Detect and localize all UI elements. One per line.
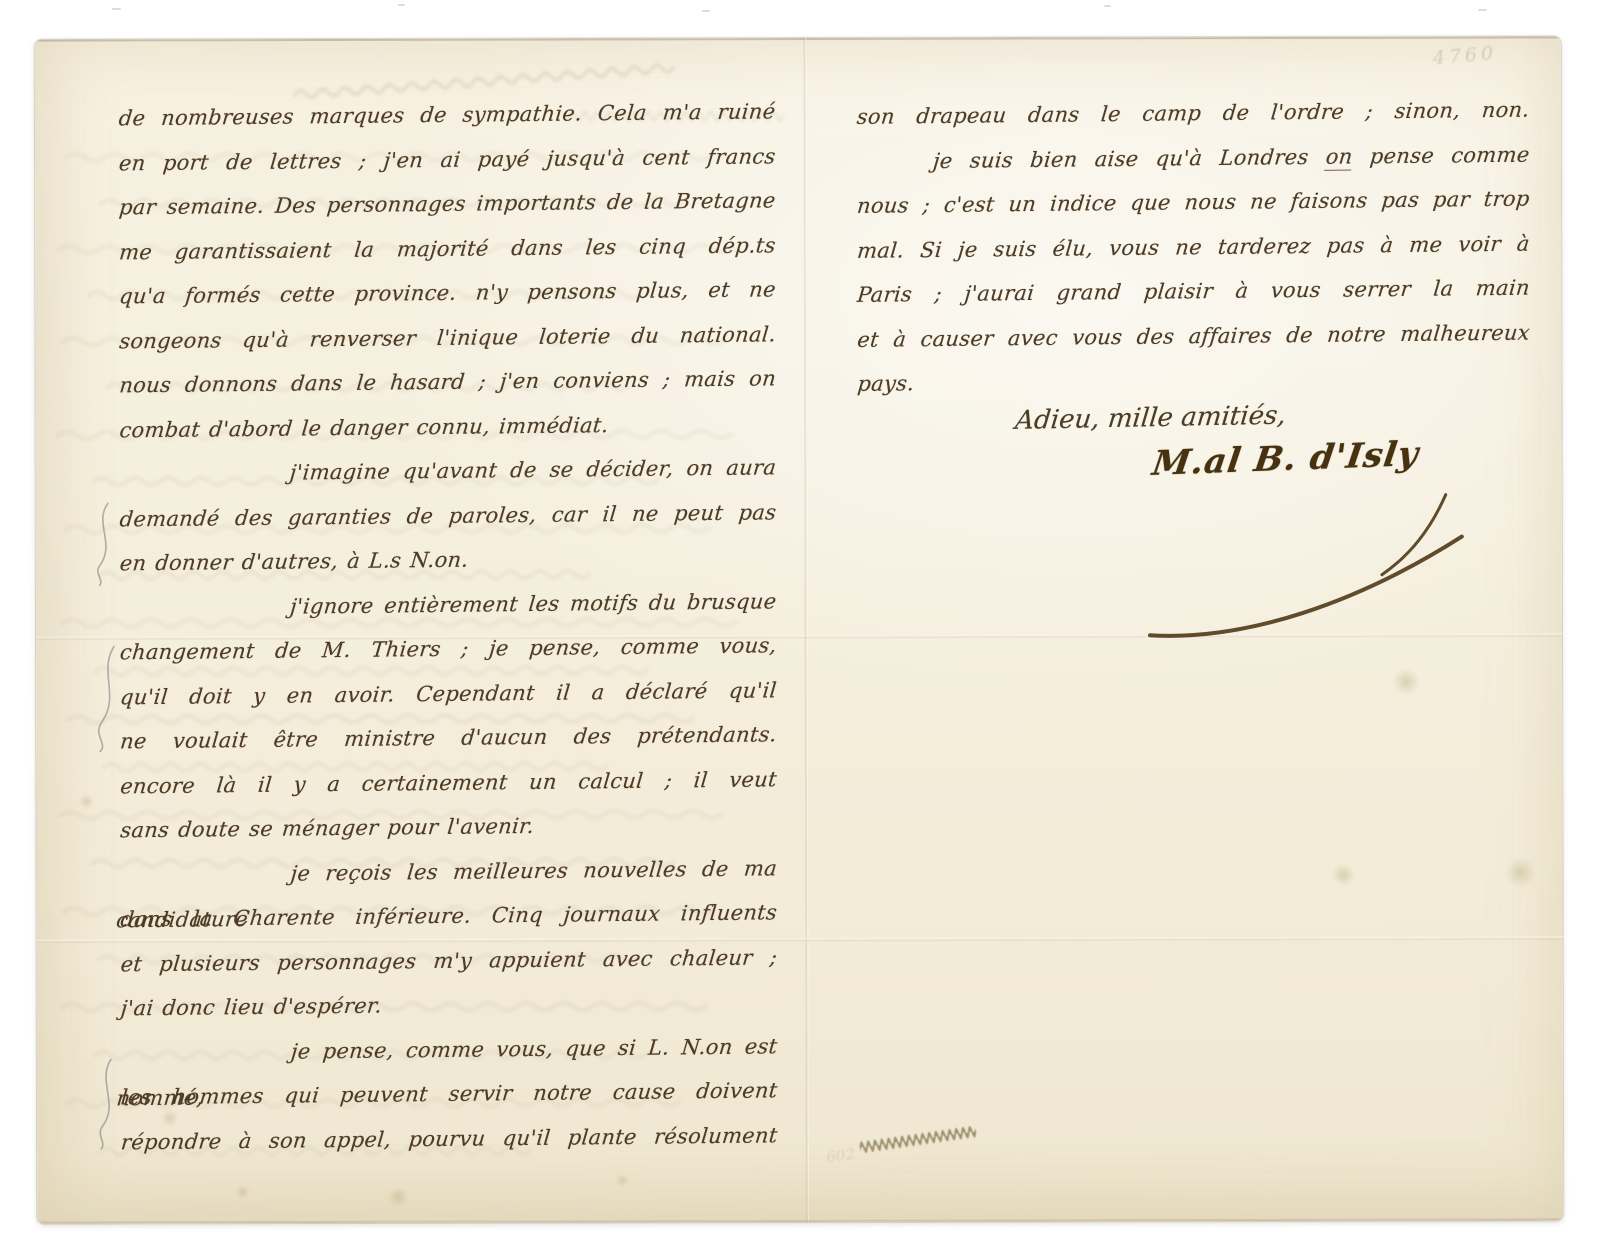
scan-speckle xyxy=(1104,5,1111,7)
scan-speckle xyxy=(1478,9,1487,11)
manuscript-line: les hommes qui peuvent servir notre caus… xyxy=(119,1068,780,1120)
manuscript-line: et à causer avec vous des affaires de no… xyxy=(855,310,1532,362)
manuscript-line-segment: je suis bien aise qu'à Londres xyxy=(932,144,1327,172)
scan-speckle xyxy=(112,8,121,10)
manuscript-line: en port de lettres ; j'en ai payé jusqu'… xyxy=(117,134,778,186)
manuscript-line: j'ai donc lieu d'espérer. xyxy=(119,979,780,1031)
manuscript-line: pays. xyxy=(855,355,1532,407)
foxing-spot xyxy=(387,1187,409,1207)
manuscript-line: j'imagine qu'avant de se décider, on aur… xyxy=(118,445,779,497)
manuscript-line: je suis bien aise qu'à Londres on pense … xyxy=(855,132,1532,184)
manuscript-line: son drapeau dans le camp de l'ordre ; si… xyxy=(855,88,1532,140)
foxing-spot xyxy=(1504,858,1536,886)
center-fold-crease xyxy=(803,38,809,1222)
red-mark-squiggle xyxy=(857,1119,979,1158)
page-right: son drapeau dans le camp de l'ordre ; si… xyxy=(857,93,1530,406)
manuscript-line-segment: pense comme xyxy=(1352,142,1531,168)
foxing-spot xyxy=(1392,669,1420,695)
manuscript-line: en donner d'autres, à L.s N.on. xyxy=(118,534,779,586)
manuscript-line: combat d'abord le danger connu, immédiat… xyxy=(117,401,778,453)
manuscript-line: ne voulait être ministre d'aucun des pré… xyxy=(118,712,779,764)
manuscript-line: de nombreuses marques de sympathie. Cela… xyxy=(117,89,778,141)
manuscript-line: je reçois les meilleures nouvelles de ma… xyxy=(118,846,779,898)
manuscript-line: qu'il doit y en avoir. Cependant il a dé… xyxy=(118,668,779,720)
signature: M.al B. d'Isly xyxy=(1102,432,1470,485)
manuscript-line: songeons qu'à renverser l'inique loterie… xyxy=(117,312,778,364)
manuscript-line: demandé des garanties de paroles, car il… xyxy=(118,490,779,542)
manuscript-line: qu'a formés cette province. n'y pensons … xyxy=(117,267,778,319)
manuscript-line: mal. Si je suis élu, vous ne tarderez pa… xyxy=(855,221,1532,273)
signature-flourish xyxy=(1126,489,1486,660)
manuscript-line: et plusieurs personnages m'y appuient av… xyxy=(119,935,780,987)
foxing-spot xyxy=(615,1174,629,1186)
manuscript-line: encore là il y a certainement un calcul … xyxy=(118,757,779,809)
manuscript-line: sans doute se ménager pour l'avenir. xyxy=(118,801,779,853)
foxing-spot xyxy=(78,794,94,808)
manuscript-line: nous ; c'est un indice que nous ne faiso… xyxy=(855,177,1532,229)
foxing-spot xyxy=(235,1185,250,1198)
scan-background: { "document": { "kind": "Handwritten let… xyxy=(0,0,1600,1255)
red-collector-mark-text: 602 xyxy=(825,1145,856,1167)
manuscript-line: nous donnons dans le hasard ; j'en convi… xyxy=(117,356,778,408)
manuscript-line: j'ignore entièrement les motifs du brusq… xyxy=(118,579,779,631)
manuscript-line: Paris ; j'aurai grand plaisir à vous ser… xyxy=(855,266,1532,318)
manuscript-line: me garantissaient la majorité dans les c… xyxy=(117,223,778,275)
foxing-spot xyxy=(1331,864,1355,886)
page-left: de nombreuses marques de sympathie. Cela… xyxy=(119,95,777,1164)
manuscript-line: répondre à son appel, pourvu qu'il plant… xyxy=(119,1113,780,1165)
manuscript-line: dans la Charente inférieure. Cinq journa… xyxy=(119,890,780,942)
red-collector-mark: 602 xyxy=(824,1119,980,1166)
manuscript-line: changement de M. Thiers ; je pense, comm… xyxy=(118,623,779,675)
scan-speckle xyxy=(398,4,405,6)
underlined-word: on xyxy=(1325,144,1354,170)
scan-speckle xyxy=(702,10,710,12)
letter-paper: 4760 602 de nombreuses marques de sympat… xyxy=(35,36,1563,1223)
manuscript-line: par semaine. Des personnages importants … xyxy=(117,178,778,230)
pencil-number: 4760 xyxy=(1432,42,1498,70)
manuscript-line: je pense, comme vous, que si L. N.on est… xyxy=(119,1024,780,1076)
